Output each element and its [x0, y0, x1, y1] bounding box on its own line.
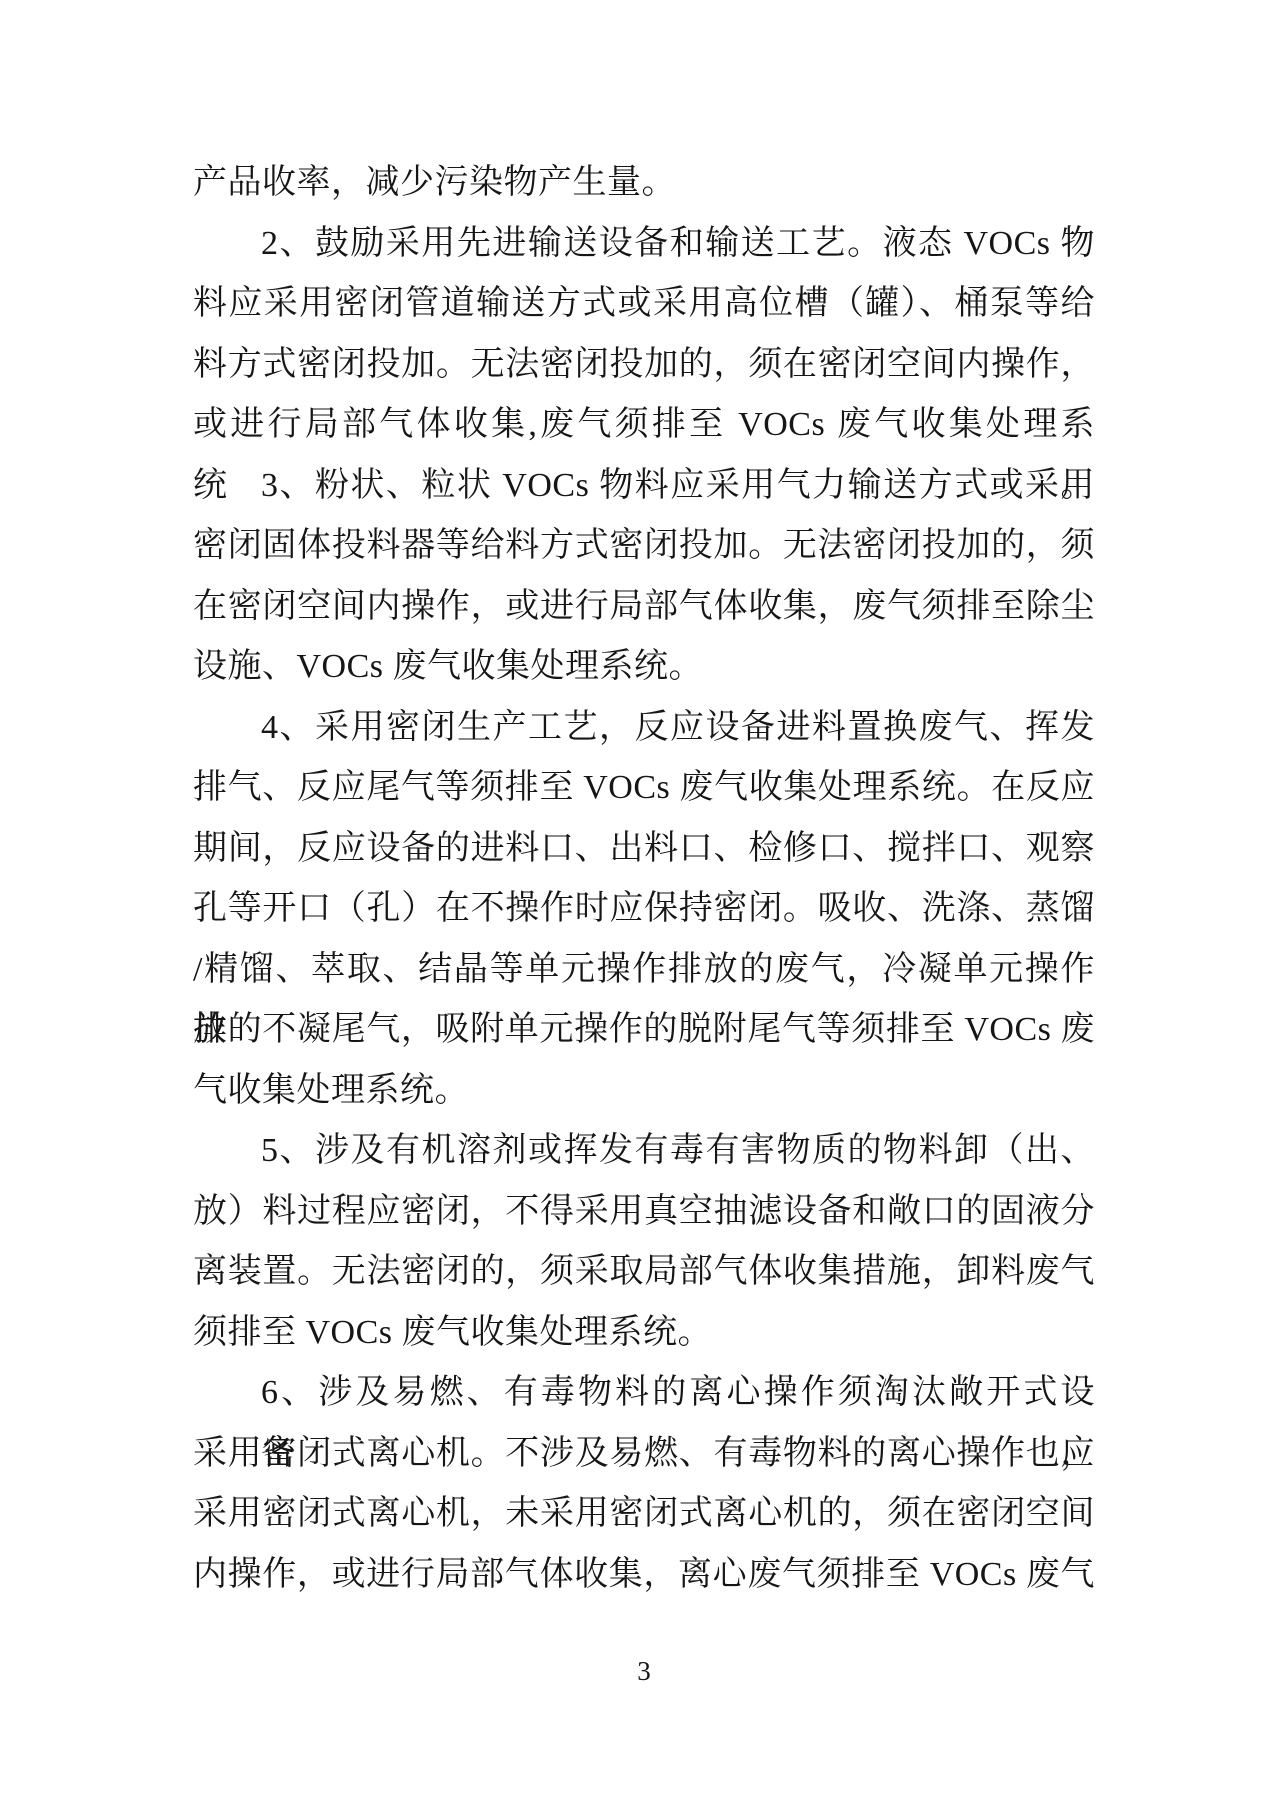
text-line: 产品收率，减少污染物产生量。: [193, 153, 1095, 214]
text-line: 须排至 VOCs 废气收集处理系统。: [193, 1303, 1095, 1364]
text-line: 料方式密闭投加。无法密闭投加的，须在密闭空间内操作，: [193, 335, 1095, 396]
text-line: 期间，反应设备的进料口、出料口、检修口、搅拌口、观察: [193, 819, 1095, 880]
document-page: 产品收率，减少污染物产生量。2、鼓励采用先进输送设备和输送工艺。液态 VOCs …: [0, 0, 1280, 1810]
text-line: 6、涉及易燃、有毒物料的离心操作须淘汰敞开式设备，: [193, 1363, 1095, 1424]
text-line: 3、粉状、粒状 VOCs 物料应采用气力输送方式或采用: [193, 456, 1095, 517]
text-line: 或进行局部气体收集,废气须排至 VOCs 废气收集处理系统。: [193, 395, 1095, 456]
text-line: 料应采用密闭管道输送方式或采用高位槽（罐）、桶泵等给: [193, 274, 1095, 335]
text-line: 放的不凝尾气，吸附单元操作的脱附尾气等须排至 VOCs 废: [193, 1000, 1095, 1061]
text-line: /精馏、萃取、结晶等单元操作排放的废气，冷凝单元操作排: [193, 940, 1095, 1001]
text-line: 采用密闭式离心机，未采用密闭式离心机的，须在密闭空间: [193, 1484, 1095, 1545]
text-line: 排气、反应尾气等须排至 VOCs 废气收集处理系统。在反应: [193, 758, 1095, 819]
text-line: 放）料过程应密闭，不得采用真空抽滤设备和敞口的固液分: [193, 1182, 1095, 1243]
document-body: 产品收率，减少污染物产生量。2、鼓励采用先进输送设备和输送工艺。液态 VOCs …: [193, 153, 1095, 1605]
text-line: 采用密闭式离心机。不涉及易燃、有毒物料的离心操作也应: [193, 1424, 1095, 1485]
text-line: 内操作，或进行局部气体收集，离心废气须排至 VOCs 废气: [193, 1545, 1095, 1606]
text-line: 设施、VOCs 废气收集处理系统。: [193, 637, 1095, 698]
text-line: 密闭固体投料器等给料方式密闭投加。无法密闭投加的，须: [193, 516, 1095, 577]
text-line: 2、鼓励采用先进输送设备和输送工艺。液态 VOCs 物: [193, 214, 1095, 275]
text-line: 气收集处理系统。: [193, 1061, 1095, 1122]
text-line: 孔等开口（孔）在不操作时应保持密闭。吸收、洗涤、蒸馏: [193, 879, 1095, 940]
text-line: 4、采用密闭生产工艺，反应设备进料置换废气、挥发: [193, 698, 1095, 759]
text-line: 5、涉及有机溶剂或挥发有毒有害物质的物料卸（出、: [193, 1121, 1095, 1182]
text-line: 离装置。无法密闭的，须采取局部气体收集措施，卸料废气: [193, 1242, 1095, 1303]
text-line: 在密闭空间内操作，或进行局部气体收集，废气须排至除尘: [193, 577, 1095, 638]
page-number: 3: [193, 1653, 1095, 1689]
